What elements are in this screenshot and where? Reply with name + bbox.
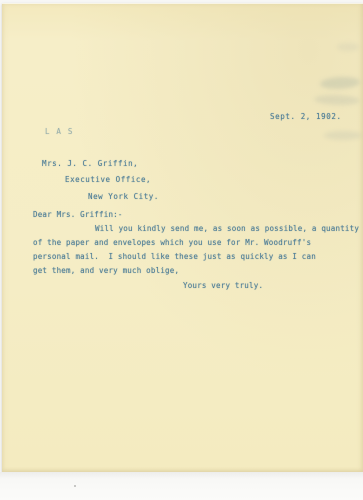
ink-smudge [314, 94, 360, 106]
closing: Yours very truly. [183, 281, 263, 291]
body-line: of the paper and envelopes which you use… [33, 238, 311, 248]
ink-smudge [324, 131, 362, 140]
salutation: Dear Mrs. Griffin:- [33, 210, 123, 220]
recipient-name: Mrs. J. C. Griffin, [42, 159, 138, 169]
body-line: Will you kindly send me, as soon as poss… [95, 224, 359, 234]
body-line: personal mail. I should like these just … [33, 252, 316, 262]
scan-background [0, 472, 363, 500]
recipient-city: New York City. [88, 192, 159, 202]
letter-date: Sept. 2, 1902. [270, 112, 342, 122]
recipient-office: Executive Office, [65, 175, 151, 185]
scanned-letter-page: Sept. 2, 1902. L A S Mrs. J. C. Griffin,… [0, 0, 363, 500]
typist-initials: L A S [45, 127, 74, 137]
paper-speck [74, 485, 76, 487]
body-line: get them, and very much oblige, [33, 266, 179, 276]
ink-smudge [337, 43, 359, 51]
ink-smudge [320, 76, 361, 90]
letter-paper: Sept. 2, 1902. L A S Mrs. J. C. Griffin,… [2, 3, 363, 472]
